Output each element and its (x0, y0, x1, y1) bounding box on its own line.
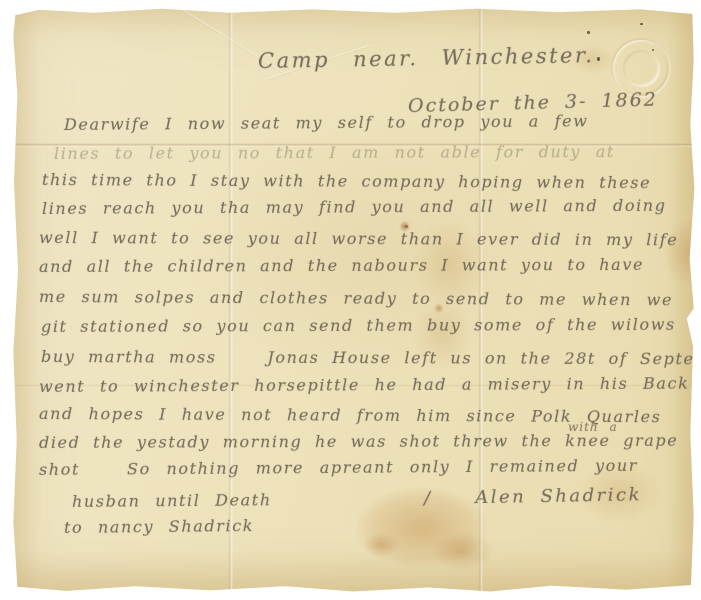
scanned-letter-photo: Camp near. Winchester. October the 3- 18… (0, 0, 701, 600)
ink-speck (597, 57, 600, 61)
letter-place-line: Camp near. Winchester. (258, 43, 595, 73)
letter-line: went to winchester horsepittle he had a … (39, 374, 689, 396)
letter-line: me sum solpes and clothes ready to send … (39, 287, 673, 309)
letter-line: buy martha moss Jonas House left us on t… (41, 347, 701, 369)
signature: / Alen Shadrick (424, 484, 642, 509)
letter-line: Dearwife I now seat my self to drop you … (64, 111, 589, 134)
addressee-line: to nancy Shadrick (64, 516, 254, 537)
ink-speck (587, 31, 590, 34)
letter-line: well I want to see you all worse than I … (39, 228, 678, 249)
letter-line: and all the children and the nabours I w… (39, 255, 644, 276)
letter-line: this time tho I stay with the company ho… (42, 170, 651, 192)
ink-speck (652, 49, 654, 51)
closing-line: husban until Death (72, 490, 272, 511)
letter-line: git stationed so you can send them buy s… (41, 315, 676, 336)
interline-insertion: with a (568, 420, 618, 434)
embossed-seal (613, 40, 669, 96)
letter-line: lines reach you tha may find you and all… (42, 196, 667, 218)
ink-speck (640, 23, 643, 25)
letter-line: shot So nothing more apreant only I rema… (39, 456, 638, 479)
letter-paper: Camp near. Winchester. October the 3- 18… (12, 7, 695, 592)
ink-speck (405, 225, 408, 228)
letter-line: lines to let you no that I am not able f… (54, 142, 615, 163)
